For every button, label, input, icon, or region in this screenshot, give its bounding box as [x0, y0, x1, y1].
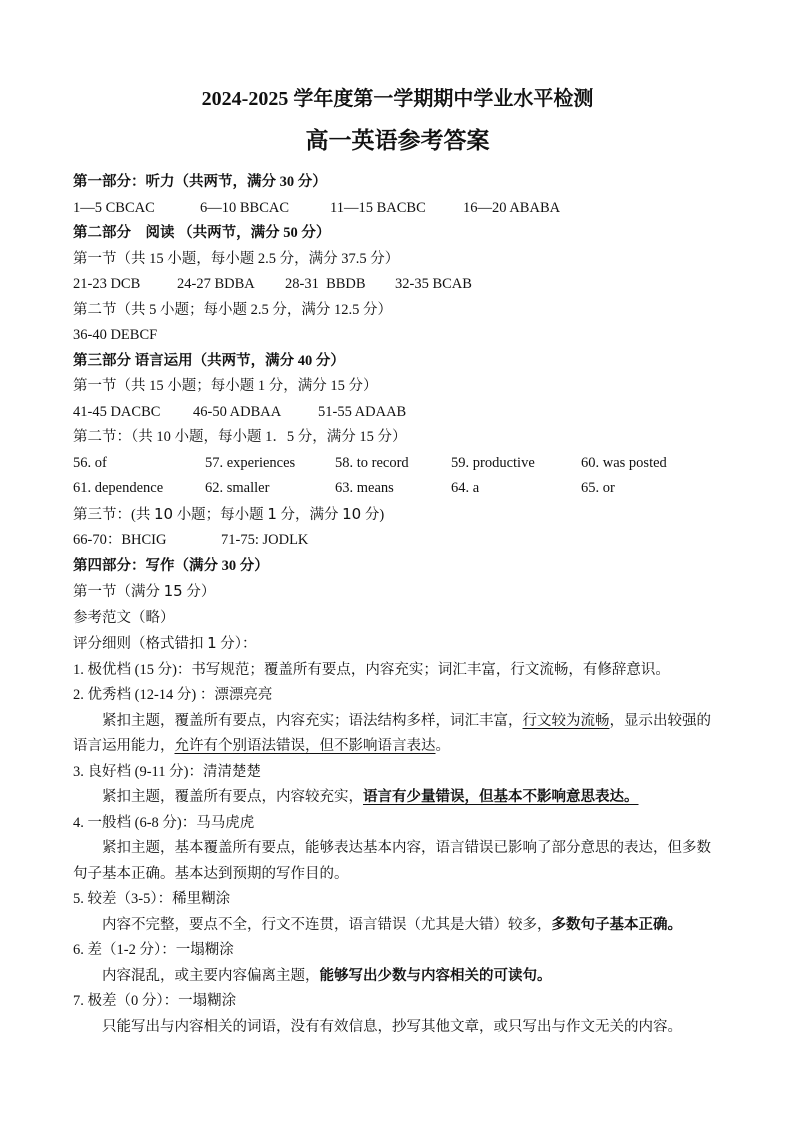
- answer-cell: 16—20 ABABA: [463, 196, 560, 222]
- desc-bold-text: 多数句子基本正确。: [552, 917, 683, 933]
- note-text: 第一节（满分: [73, 584, 164, 600]
- note-number: 1: [207, 634, 217, 652]
- desc-text: 。: [436, 738, 451, 754]
- desc-underlined-text: 语言有少量错误，但基本不影响意思表达。: [363, 789, 639, 805]
- desc-underlined-text: 允许有个别语法错误，但不影响语言表达: [175, 738, 436, 754]
- language-use-section1-answers-row: 41-45 DACBC46-50 ADBAA51-55 ADAAB: [73, 400, 722, 426]
- desc-text: 紧扣主题，覆盖所有要点，内容充实；语法结构多样，词汇丰富，: [102, 713, 523, 729]
- answer-cell: 1—5 CBCAC: [73, 196, 200, 222]
- answer-cell: 58. to record: [335, 451, 451, 477]
- answer-cell: 59. productive: [451, 451, 581, 477]
- writing-section-note: 第一节（满分 15 分）: [73, 579, 722, 606]
- note-text: 分）：: [217, 636, 257, 652]
- note-text: 分）: [183, 584, 216, 600]
- reading-section2-answers-row: 36-40 DEBCF: [73, 323, 722, 349]
- level-3-title: 3. 良好档 (9-11 分)：清清楚楚: [73, 760, 722, 786]
- answer-cell: 56. of: [73, 451, 205, 477]
- doc-title: 2024-2025 学年度第一学期期中学业水平检测: [73, 84, 722, 114]
- answer-cell: 57. experiences: [205, 451, 335, 477]
- language-use-section1-note: 第一节（共 15 小题；每小题 1 分，满分 15 分）: [73, 374, 722, 400]
- note-text: 第三节：(共: [73, 507, 154, 523]
- note-number: 1: [267, 505, 277, 523]
- writing-rubric-note: 评分细则（格式错扣 1 分）：: [73, 631, 722, 658]
- answer-cell: 62. smaller: [205, 476, 335, 502]
- answer-cell: 28-31 BBDB: [285, 272, 395, 298]
- answer-cell: 64. a: [451, 476, 581, 502]
- level-5-title: 5. 较差（3-5）：稀里糊涂: [73, 887, 722, 913]
- answer-cell: 11—15 BACBC: [330, 196, 463, 222]
- language-use-answers-row-56-60: 56. of57. experiences58. to record59. pr…: [73, 451, 722, 477]
- language-use-answers-row-61-65: 61. dependence62. smaller63. means64. a6…: [73, 476, 722, 502]
- note-text: 评分细则（格式错扣: [73, 636, 207, 652]
- desc-text: 只能写出与内容相关的词语，没有有效信息，抄写其他文章，或只写出与作文无关的内容。: [102, 1019, 682, 1035]
- desc-underlined-text: 行文较为流畅: [523, 713, 610, 729]
- answer-cell: 65. or: [581, 476, 615, 502]
- reading-section1-answers-row: 21-23 DCB24-27 BDBA28-31 BBDB32-35 BCAB: [73, 272, 722, 298]
- answer-cell: 21-23 DCB: [73, 272, 177, 298]
- part2-heading: 第二部分 阅读 （共两节，满分 50 分）: [73, 221, 722, 247]
- reading-section2-note: 第二节（共 5 小题；每小题 2.5 分，满分 12.5 分）: [73, 298, 722, 324]
- level-7-desc: 只能写出与内容相关的词语，没有有效信息，抄写其他文章，或只写出与作文无关的内容。: [73, 1015, 722, 1041]
- part4-heading: 第四部分：写作（满分 30 分）: [73, 554, 722, 580]
- desc-text: 紧扣主题，覆盖所有要点，内容较充实，: [102, 789, 363, 805]
- language-use-section2-note: 第二节：（共 10 小题，每小题 1．5 分，满分 15 分）: [73, 425, 722, 451]
- note-number: 15: [164, 582, 183, 600]
- answer-cell: 66-70：BHCIG: [73, 528, 221, 554]
- desc-bold-text: 能够写出少数与内容相关的可读句。: [320, 968, 552, 984]
- level-2-title: 2. 优秀档 (12-14 分) ：漂漂亮亮: [73, 683, 722, 709]
- level-4-title: 4. 一般档 (6-8 分)：马马虎虎: [73, 811, 722, 837]
- note-number: 10: [342, 505, 361, 523]
- note-text: 分): [361, 507, 384, 523]
- document-page: 2024-2025 学年度第一学期期中学业水平检测 高一英语参考答案 第一部分：…: [0, 0, 793, 1122]
- level-5-desc: 内容不完整，要点不全，行文不连贯，语言错误（尤其是大错）较多，多数句子基本正确。: [73, 913, 722, 939]
- answer-cell: 46-50 ADBAA: [193, 400, 318, 426]
- part1-heading: 第一部分：听力（共两节，满分 30 分）: [73, 170, 722, 196]
- note-number: 10: [154, 505, 173, 523]
- desc-text: 内容不完整，要点不全，行文不连贯，语言错误（尤其是大错）较多，: [102, 917, 552, 933]
- desc-text: 内容混乱，或主要内容偏离主题，: [102, 968, 320, 984]
- note-text: 分，满分: [277, 507, 342, 523]
- writing-sample-note: 参考范文（略）: [73, 606, 722, 632]
- answer-cell: 6—10 BBCAC: [200, 196, 330, 222]
- level-1-title: 1. 极优档 (15 分)：书写规范；覆盖所有要点，内容充实；词汇丰富，行文流畅…: [73, 658, 722, 684]
- level-6-desc: 内容混乱，或主要内容偏离主题，能够写出少数与内容相关的可读句。: [73, 964, 722, 990]
- answer-cell: 32-35 BCAB: [395, 272, 472, 298]
- doc-subtitle: 高一英语参考答案: [73, 124, 722, 158]
- answer-cell: 36-40 DEBCF: [73, 323, 157, 349]
- language-use-section3-note: 第三节：(共 10 小题；每小题 1 分，满分 10 分): [73, 502, 722, 529]
- answer-cell: 60. was posted: [581, 451, 667, 477]
- level-4-desc: 紧扣主题，基本覆盖所有要点，能够表达基本内容，语言错误已影响了部分意思的表达，但…: [73, 836, 722, 887]
- level-2-desc: 紧扣主题，覆盖所有要点，内容充实；语法结构多样，词汇丰富，行文较为流畅，显示出较…: [73, 709, 722, 760]
- level-7-title: 7. 极差（0 分）：一塌糊涂: [73, 989, 722, 1015]
- answer-cell: 71-75: JODLK: [221, 528, 308, 554]
- reading-section1-note: 第一节（共 15 小题，每小题 2.5 分，满分 37.5 分）: [73, 247, 722, 273]
- listening-answers-row: 1—5 CBCAC6—10 BBCAC11—15 BACBC16—20 ABAB…: [73, 196, 722, 222]
- level-3-desc: 紧扣主题，覆盖所有要点，内容较充实，语言有少量错误，但基本不影响意思表达。: [73, 785, 722, 811]
- desc-text: 紧扣主题，基本覆盖所有要点，能够表达基本内容，语言错误已影响了部分意思的表达，但…: [73, 840, 711, 882]
- answer-cell: 24-27 BDBA: [177, 272, 285, 298]
- answer-cell: 61. dependence: [73, 476, 205, 502]
- level-6-title: 6. 差（1-2 分）：一塌糊涂: [73, 938, 722, 964]
- part3-heading: 第三部分 语言运用（共两节，满分 40 分）: [73, 349, 722, 375]
- answer-cell: 41-45 DACBC: [73, 400, 193, 426]
- language-use-section3-answers-row: 66-70：BHCIG71-75: JODLK: [73, 528, 722, 554]
- note-text: 小题；每小题: [173, 507, 267, 523]
- answer-cell: 51-55 ADAAB: [318, 400, 406, 426]
- answer-cell: 63. means: [335, 476, 451, 502]
